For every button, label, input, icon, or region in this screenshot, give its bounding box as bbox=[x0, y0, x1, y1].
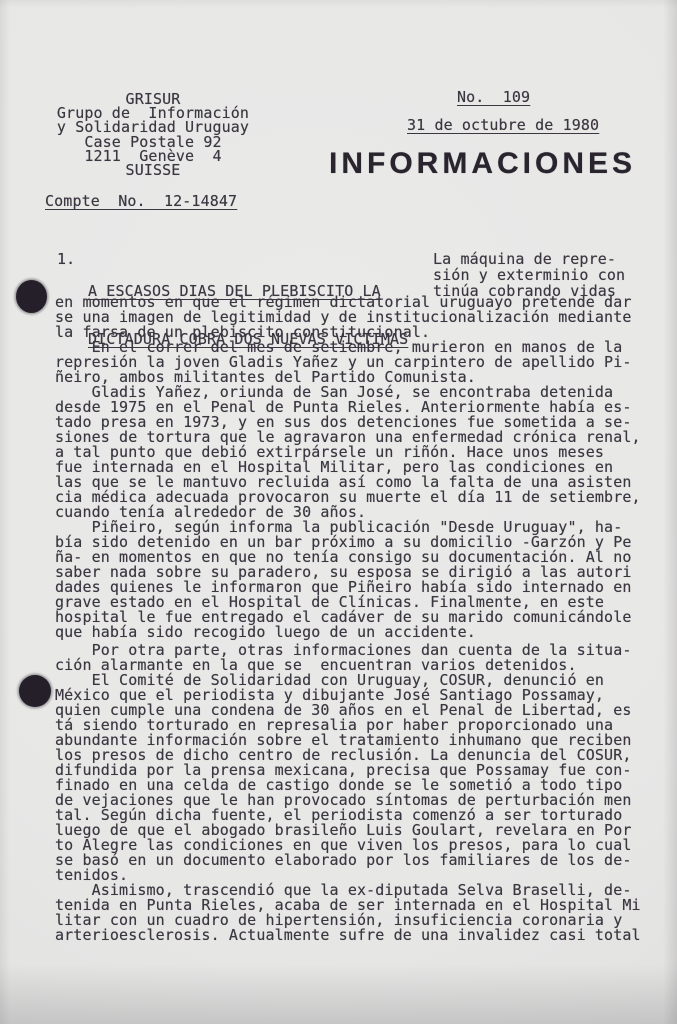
org-address-block: GRISUR Grupo de Información y Solidarida… bbox=[50, 92, 256, 177]
document-page: GRISUR Grupo de Información y Solidarida… bbox=[0, 0, 677, 1024]
article-body-main: en momentos en que el régimen dictatoria… bbox=[55, 295, 641, 640]
hole-punch-bottom bbox=[19, 675, 51, 707]
article-body-rest: Por otra parte, otras informaciones dan … bbox=[55, 643, 641, 943]
issue-number: No. 109 bbox=[457, 90, 530, 105]
bulletin-title: INFORMACIONES bbox=[329, 149, 636, 179]
article-intro-right-column: La máquina de repre- sión y exterminio c… bbox=[433, 251, 625, 299]
article-number: 1. bbox=[57, 251, 75, 267]
account-number: Compte No. 12-14847 bbox=[45, 194, 237, 209]
issue-date: 31 de octubre de 1980 bbox=[407, 118, 599, 133]
hole-punch-top bbox=[16, 280, 47, 313]
